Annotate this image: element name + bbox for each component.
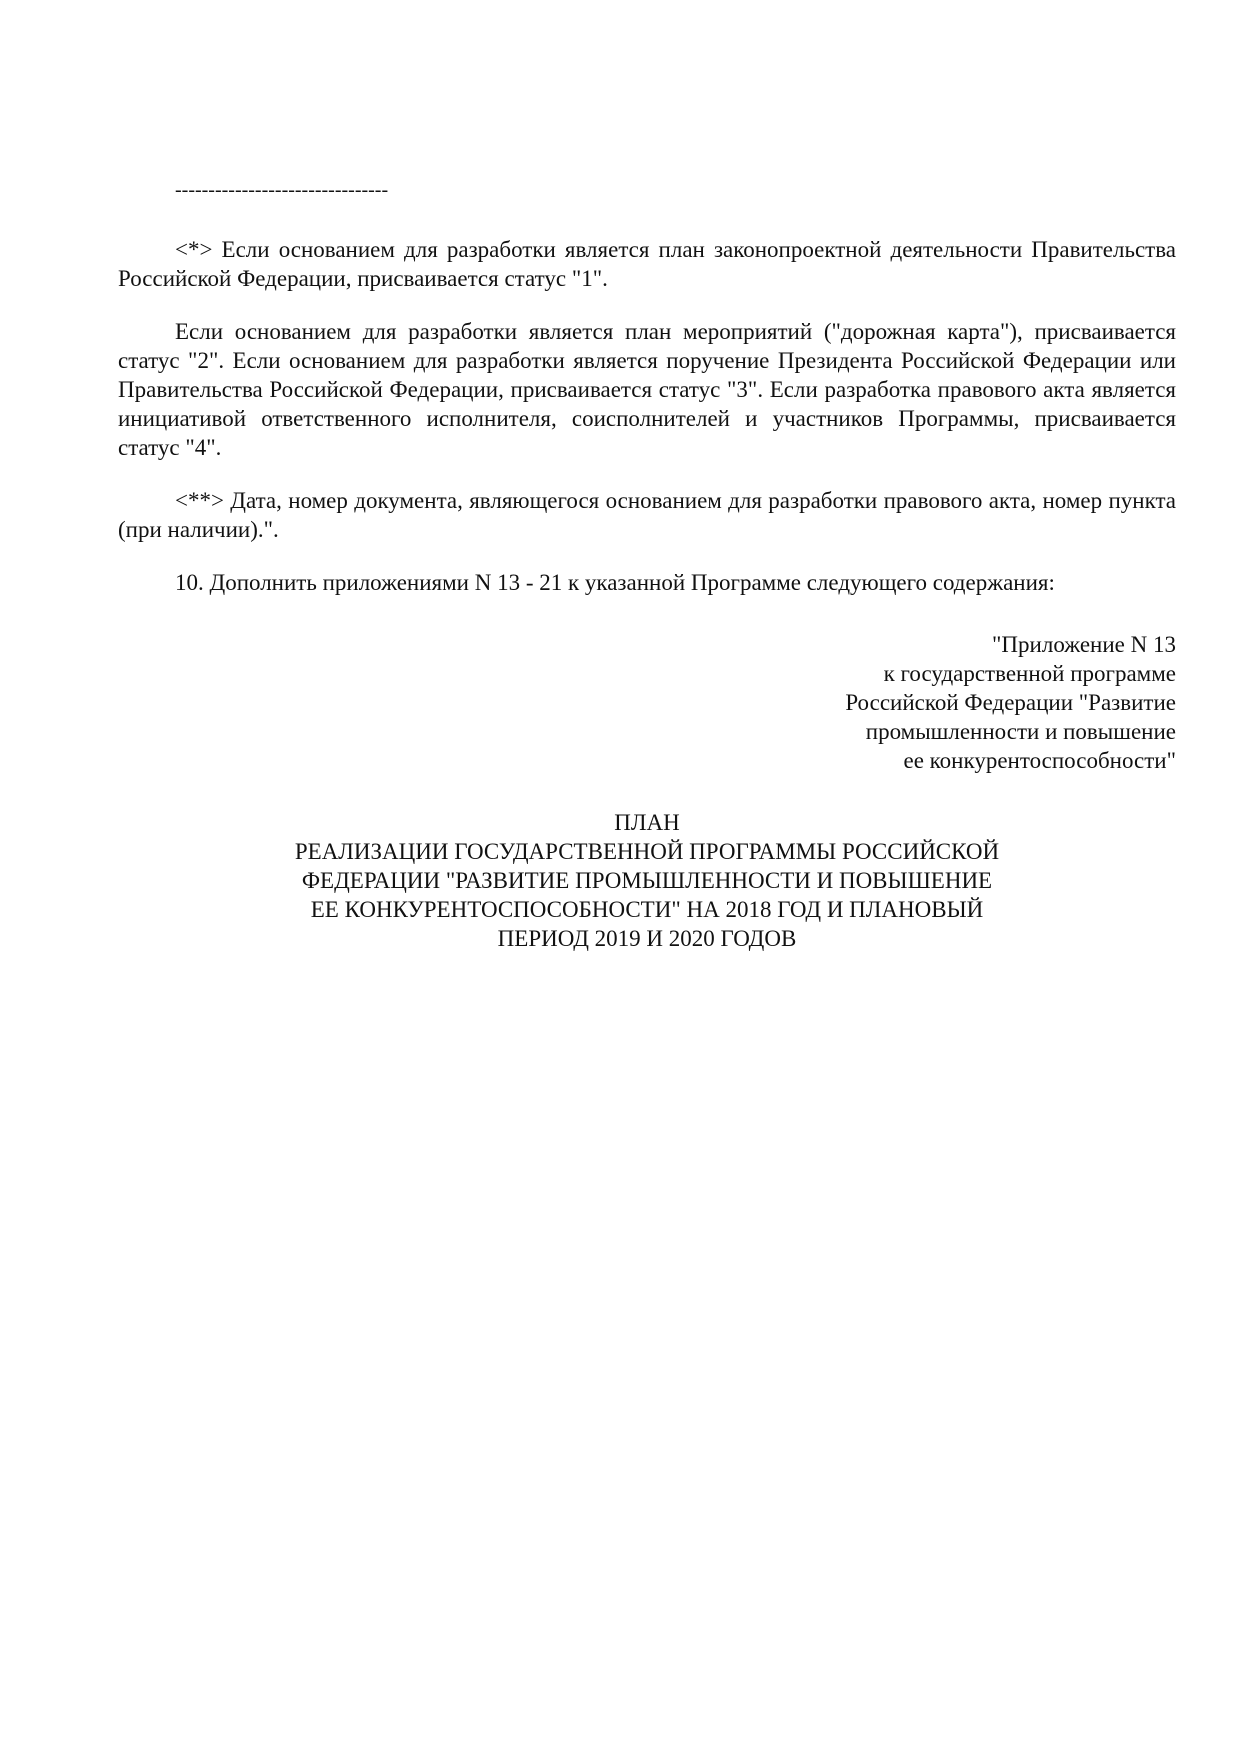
footnote-status-2-4: Если основанием для разработки является … bbox=[118, 317, 1176, 462]
item-10-paragraph: 10. Дополнить приложениями N 13 - 21 к у… bbox=[118, 568, 1176, 597]
plan-title-line: ПЕРИОД 2019 И 2020 ГОДОВ bbox=[118, 924, 1176, 953]
plan-title-line: ЕЕ КОНКУРЕНТОСПОСОБНОСТИ" НА 2018 ГОД И … bbox=[118, 895, 1176, 924]
footnote-status-1: <*> Если основанием для разработки являе… bbox=[118, 235, 1176, 293]
appendix-header-line: промышленности и повышение bbox=[845, 717, 1176, 746]
plan-title-line: РЕАЛИЗАЦИИ ГОСУДАРСТВЕННОЙ ПРОГРАММЫ РОС… bbox=[118, 837, 1176, 866]
plan-title-line: ФЕДЕРАЦИИ "РАЗВИТИЕ ПРОМЫШЛЕННОСТИ И ПОВ… bbox=[118, 866, 1176, 895]
appendix-header-line: ее конкурентоспособности" bbox=[845, 746, 1176, 775]
plan-title-line: ПЛАН bbox=[118, 808, 1176, 837]
appendix-header-line: Российской Федерации "Развитие bbox=[845, 688, 1176, 717]
footnote-document-date: <**> Дата, номер документа, являющегося … bbox=[118, 486, 1176, 544]
footnote-separator: -------------------------------- bbox=[175, 180, 388, 200]
appendix-header-line: к государственной программе bbox=[845, 659, 1176, 688]
appendix-header-line: "Приложение N 13 bbox=[845, 630, 1176, 659]
appendix-header: "Приложение N 13 к государственной прогр… bbox=[845, 630, 1176, 775]
plan-title: ПЛАН РЕАЛИЗАЦИИ ГОСУДАРСТВЕННОЙ ПРОГРАММ… bbox=[118, 808, 1176, 953]
